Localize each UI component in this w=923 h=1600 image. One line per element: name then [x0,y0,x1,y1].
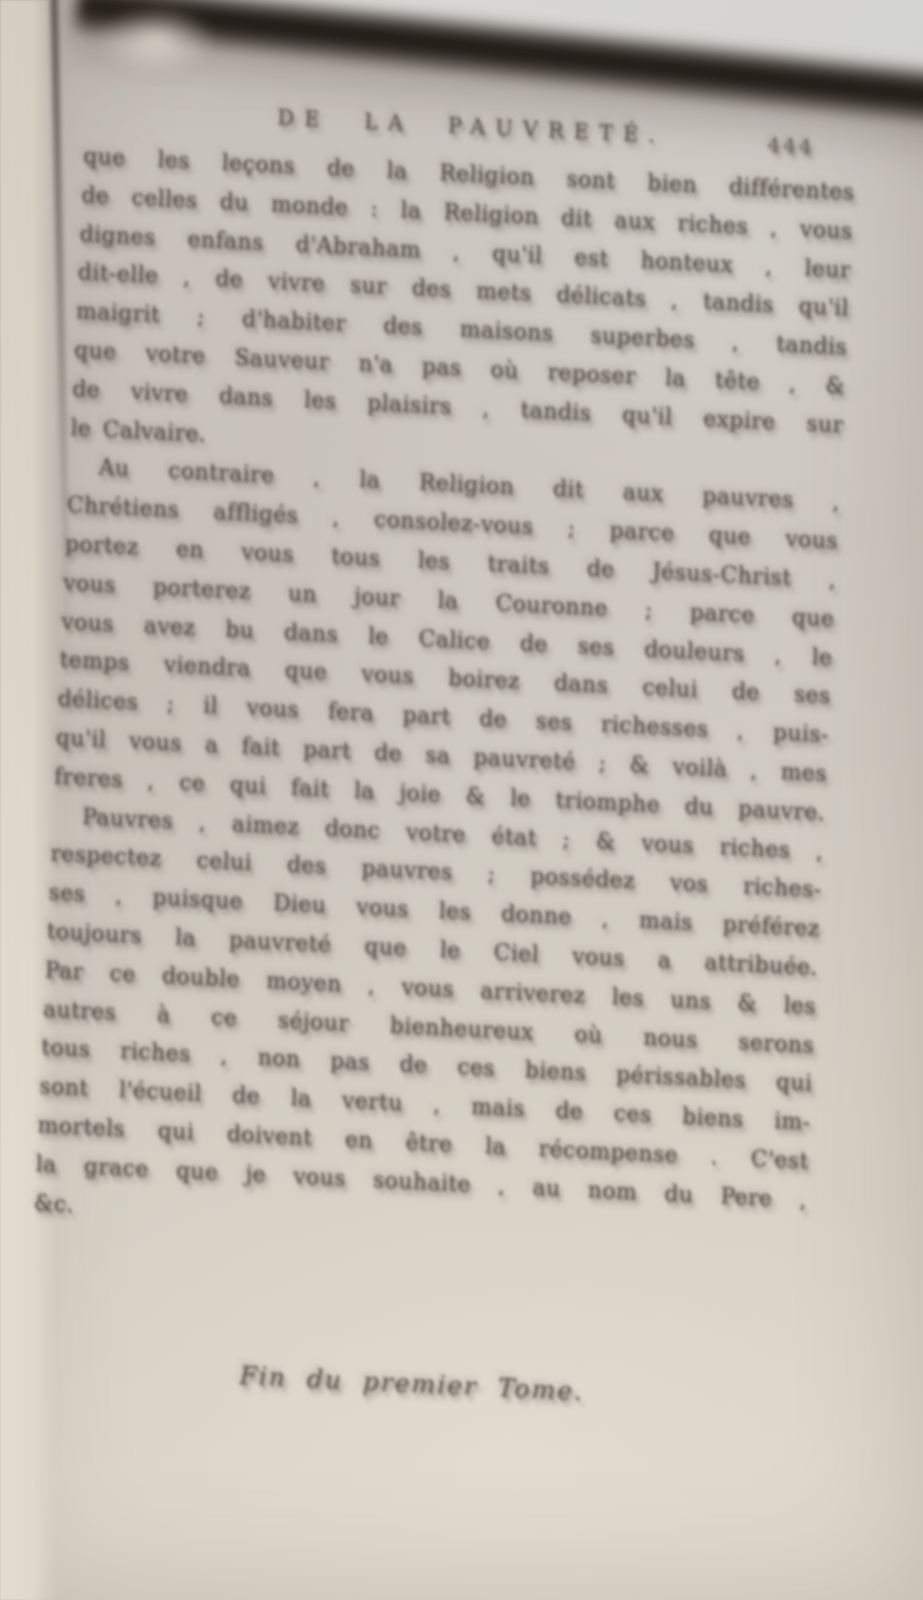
paragraphs: que les leçons de la Religion sont bien … [33,138,855,1259]
book-photo: DE LA PAUVRETÉ. 444 que les leçons de la… [0,0,923,1600]
paragraph: Pauvres , aimez donc votre état ; & vous… [33,797,824,1260]
page-number: 444 [767,132,815,158]
page-content: DE LA PAUVRETÉ. 444 que les leçons de la… [25,96,857,1416]
paragraph: que les leçons de la Religion sont bien … [69,138,855,484]
paragraph: Au contraire , la Religion dit aux pauvr… [53,448,841,833]
page-corner-curl [96,6,216,76]
